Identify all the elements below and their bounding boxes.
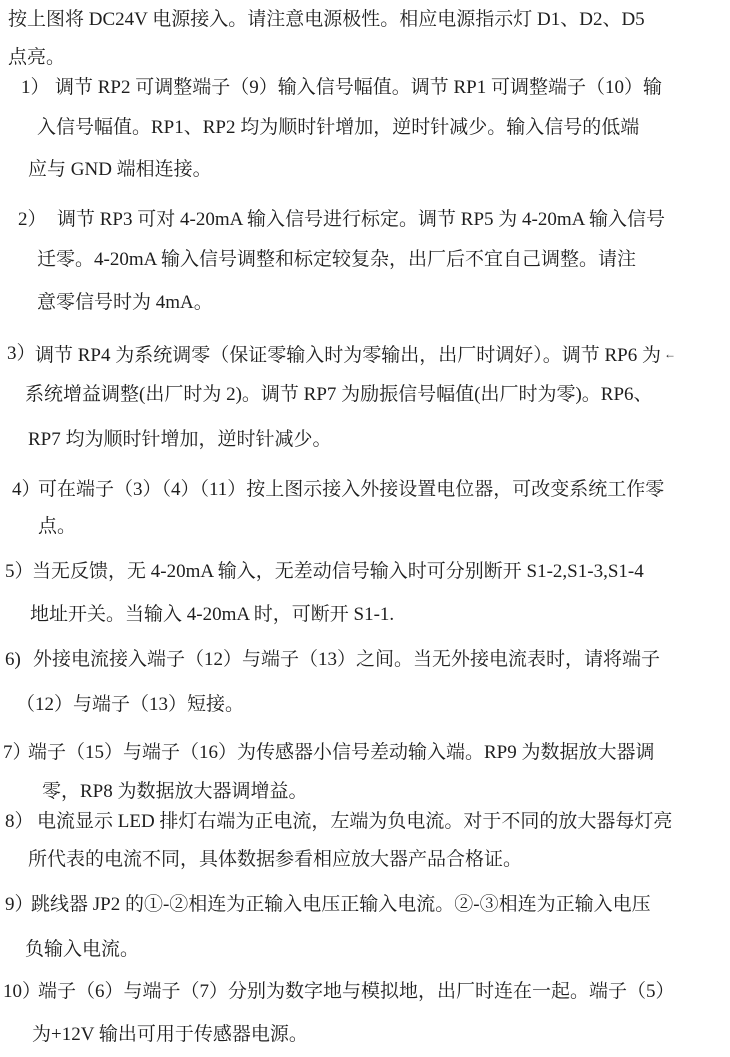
item-10-line-2: 为+12V 输出可用于传感器电源。 [0, 1022, 730, 1048]
item-2-line-3-text: 意零信号时为 4mA。 [37, 290, 213, 316]
intro-line-1: 按上图将 DC24V 电源接入。请注意电源极性。相应电源指示灯 D1、D2、D5 [0, 7, 730, 33]
item-8-line-2-text: 所代表的电流不同，具体数据参看相应放大器产品合格证。 [28, 847, 522, 873]
item-9: 9） 跳线器 JP2 的①-②相连为正输入电压正输入电流。②-③相连为正输入电压 [0, 892, 730, 918]
item-9-line-2: 负输入电流。 [0, 937, 730, 963]
intro-line-2-text: 点亮。 [8, 45, 65, 71]
item-2-line-3: 意零信号时为 4mA。 [0, 290, 730, 316]
item-6-line-2-text: （12）与端子（13）短接。 [16, 692, 244, 718]
intro-line-2: 点亮。 [0, 45, 730, 71]
item-2-line-2: 迁零。4-20mA 输入信号调整和标定较复杂，出厂后不宜自己调整。请注 [0, 247, 730, 273]
item-10-line-2-text: 为+12V 输出可用于传感器电源。 [32, 1022, 308, 1048]
item-3-line-2-text: 系统增益调整(出厂时为 2)。调节 RP7 为励振信号幅值(出厂时为零)。RP6… [25, 382, 653, 408]
item-2-line-2-text: 迁零。4-20mA 输入信号调整和标定较复杂，出厂后不宜自己调整。请注 [37, 247, 636, 273]
item-8-line-2: 所代表的电流不同，具体数据参看相应放大器产品合格证。 [0, 847, 730, 873]
intro-line-1-text: 按上图将 DC24V 电源接入。请注意电源极性。相应电源指示灯 D1、D2、D5 [8, 7, 645, 33]
item-7-line-2: 零，RP8 为数据放大器调增益。 [0, 779, 730, 805]
item-9-line-1: 跳线器 JP2 的①-②相连为正输入电压正输入电流。②-③相连为正输入电压 [31, 892, 651, 918]
item-10: 10） 端子（6）与端子（7）分别为数字地与模拟地，出厂时连在一起。端子（5） [0, 979, 730, 1005]
item-4-number: 4） [12, 477, 41, 503]
item-1-line-3: 应与 GND 端相连接。 [0, 157, 730, 183]
item-8: 8） 电流显示 LED 排灯右端为正电流，左端为负电流。对于不同的放大器每灯亮 [0, 809, 730, 835]
item-3-number: 3） [7, 341, 36, 367]
item-1-line-3-text: 应与 GND 端相连接。 [28, 157, 212, 183]
document-page: 按上图将 DC24V 电源接入。请注意电源极性。相应电源指示灯 D1、D2、D5… [0, 0, 730, 1057]
item-3: 3） 调节 RP4 为系统调零（保证零输入时为零输出，出厂时调好）。调节 RP6… [0, 341, 730, 367]
item-9-line-2-text: 负输入电流。 [25, 937, 139, 963]
item-4-line-1: 可在端子（3）（4）（11）按上图示接入外接设置电位器，可改变系统工作零 [38, 477, 664, 503]
item-7: 7） 端子（15）与端子（16）为传感器小信号差动输入端。RP9 为数据放大器调 [0, 740, 730, 766]
item-6-line-1: 外接电流接入端子（12）与端子（13）之间。当无外接电流表时，请将端子 [33, 647, 660, 673]
item-6-line-2: （12）与端子（13）短接。 [0, 692, 730, 718]
item-5-line-2: 地址开关。当输入 4-20mA 时，可断开 S1-1. [0, 602, 730, 628]
item-1: 1） 调节 RP2 可调整端子（9）输入信号幅值。调节 RP1 可调整端子（10… [0, 75, 730, 101]
item-4: 4） 可在端子（3）（4）（11）按上图示接入外接设置电位器，可改变系统工作零 [0, 477, 730, 503]
item-5: 5） 当无反馈，无 4-20mA 输入，无差动信号输入时可分别断开 S1-2,S… [0, 559, 730, 585]
item-1-line-1: 调节 RP2 可调整端子（9）输入信号幅值。调节 RP1 可调整端子（10）输 [55, 75, 662, 101]
item-4-line-2: 点。 [0, 514, 730, 540]
item-1-line-2: 入信号幅值。RP1、RP2 均为顺时针增加，逆时针减少。输入信号的低端 [0, 115, 730, 141]
item-2-number: 2） [18, 207, 47, 233]
item-3-line-3: RP7 均为顺时针增加，逆时针减少。 [0, 427, 730, 453]
item-7-line-2-text: 零，RP8 为数据放大器调增益。 [42, 779, 308, 805]
item-2-line-1: 调节 RP3 可对 4-20mA 输入信号进行标定。调节 RP5 为 4-20m… [57, 207, 665, 233]
item-2: 2） 调节 RP3 可对 4-20mA 输入信号进行标定。调节 RP5 为 4-… [0, 207, 730, 233]
item-3-line-1: 调节 RP4 为系统调零（保证零输入时为零输出，出厂时调好）。调节 RP6 为← [35, 341, 676, 369]
item-9-number: 9） [5, 892, 34, 918]
item-10-number: 10） [3, 979, 41, 1005]
item-3-line-2: 系统增益调整(出厂时为 2)。调节 RP7 为励振信号幅值(出厂时为零)。RP6… [0, 382, 730, 408]
item-7-line-1: 端子（15）与端子（16）为传感器小信号差动输入端。RP9 为数据放大器调 [28, 740, 655, 766]
line-break-mark-icon: ← [664, 347, 676, 361]
item-1-number: 1） [21, 75, 50, 101]
item-8-number: 8） [5, 809, 34, 835]
item-5-line-1: 当无反馈，无 4-20mA 输入，无差动信号输入时可分别断开 S1-2,S1-3… [32, 559, 644, 585]
item-5-number: 5） [5, 559, 34, 585]
item-3-line-3-text: RP7 均为顺时针增加，逆时针减少。 [28, 427, 332, 453]
item-8-line-1: 电流显示 LED 排灯右端为正电流，左端为负电流。对于不同的放大器每灯亮 [37, 809, 672, 835]
item-5-line-2-text: 地址开关。当输入 4-20mA 时，可断开 S1-1. [30, 602, 394, 628]
item-10-line-1: 端子（6）与端子（7）分别为数字地与模拟地，出厂时连在一起。端子（5） [38, 979, 675, 1005]
item-1-line-2-text: 入信号幅值。RP1、RP2 均为顺时针增加，逆时针减少。输入信号的低端 [37, 115, 639, 141]
item-3-line-1-text: 调节 RP4 为系统调零（保证零输入时为零输出，出厂时调好）。调节 RP6 为 [35, 345, 661, 366]
item-6: 6) 外接电流接入端子（12）与端子（13）之间。当无外接电流表时，请将端子 [0, 647, 730, 673]
item-4-line-2-text: 点。 [38, 514, 76, 540]
item-6-number: 6) [5, 647, 21, 673]
